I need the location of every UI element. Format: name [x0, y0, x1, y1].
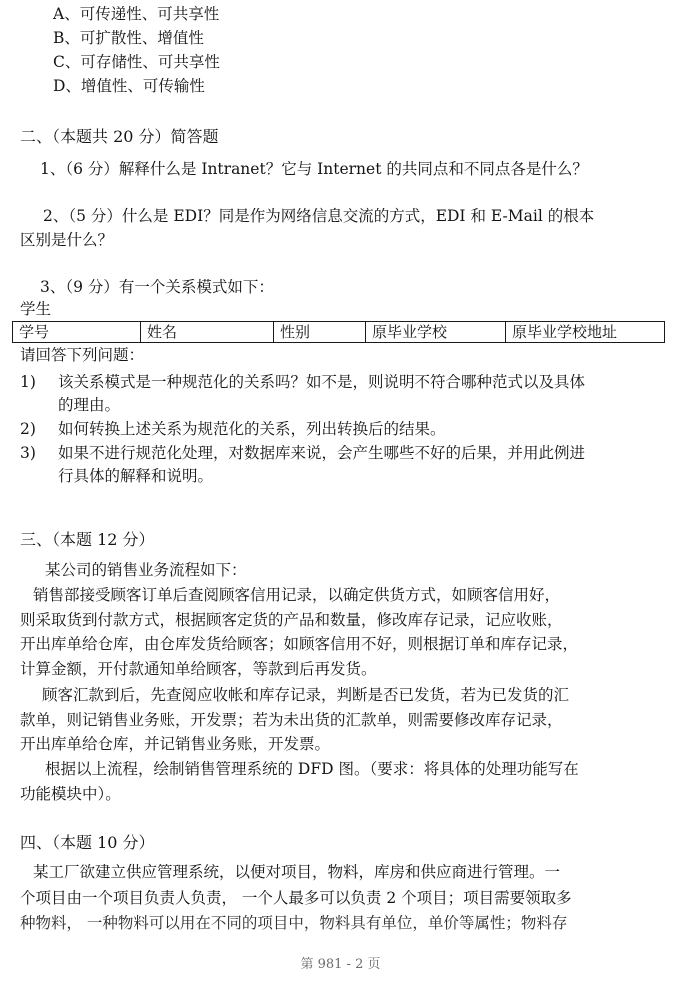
question-2-2-line-2: 区别是什么？	[20, 229, 113, 251]
subquestion-text: 该关系模式是一种规范化的关系吗？如不是，则说明不符合哪种范式以及具体	[58, 371, 585, 393]
section-3-line: 销售部接受顾客订单后查阅顾客信用记录，以确定供货方式，如顾客信用好，	[33, 584, 560, 606]
section-3-line: 根据以上流程，绘制销售管理系统的 DFD 图。（要求：将具体的处理功能写在	[45, 758, 579, 780]
page-number: 第 981 - 2 页	[0, 956, 681, 974]
section-3-line: 开出库单给仓库，由仓库发货给顾客；如顾客信用不好，则根据订单和库存记录，	[20, 633, 578, 655]
subquestion-text: 如何转换上述关系为规范化的关系，列出转换后的结果。	[58, 418, 446, 440]
section-2-heading: 二、（本题共 20 分）简答题	[20, 126, 219, 148]
section-4-line: 个项目由一个项目负责人负责， 一个人最多可以负责 2 个项目；项目需要领取多	[20, 887, 572, 909]
table-header-cell: 性别	[274, 322, 366, 342]
section-3-line: 功能模块中）。	[20, 783, 121, 805]
subquestion-text: 如果不进行规范化处理，对数据库来说，会产生哪些不好的后果，并用此例进	[58, 442, 585, 464]
subquestion-number: 2)	[20, 418, 36, 440]
section-3-line: 顾客汇款到后，先查阅应收帐和库存记录，判断是否已发货，若为已发货的汇	[42, 684, 569, 706]
subquestion-text: 的理由。	[58, 394, 120, 416]
table-header-cell: 姓名	[141, 322, 274, 342]
subquestion-number: 3)	[20, 442, 36, 464]
subquestion-text: 行具体的解释和说明。	[58, 465, 213, 487]
subquestion-1: 1) 该关系模式是一种规范化的关系吗？如不是，则说明不符合哪种范式以及具体 的理…	[20, 371, 680, 419]
option-a: A、可传递性、可共享性	[53, 3, 219, 25]
section-4-line: 某工厂欲建立供应管理系统，以便对项目，物料，库房和供应商进行管理。一	[33, 861, 560, 883]
option-b: B、可扩散性、增值性	[53, 27, 204, 49]
option-c: C、可存储性、可共享性	[53, 51, 220, 73]
answer-prompt: 请回答下列问题：	[20, 344, 144, 366]
option-d: D、增值性、可传输性	[53, 75, 205, 97]
subquestion-2: 2) 如何转换上述关系为规范化的关系，列出转换后的结果。	[20, 418, 680, 442]
section-3-heading: 三、（本题 12 分）	[20, 529, 155, 551]
section-3-line: 开出库单给仓库，并记销售业务账，开发票。	[20, 733, 330, 755]
question-2-3: 3、（9 分）有一个关系模式如下：	[40, 276, 274, 298]
section-3-line: 款单，则记销售业务账，开发票；若为未出货的汇款单，则需要修改库存记录，	[20, 709, 563, 731]
table-header-cell: 原毕业学校	[366, 322, 506, 342]
relation-schema-table: 学号 姓名 性别 原毕业学校 原毕业学校地址	[12, 321, 665, 343]
table-header-cell: 原毕业学校地址	[506, 322, 664, 342]
subquestion-3: 3) 如果不进行规范化处理，对数据库来说，会产生哪些不好的后果，并用此例进 行具…	[20, 442, 680, 490]
section-3-line: 计算金额，开付款通知单给顾客，等款到后再发货。	[20, 658, 377, 680]
subquestion-number: 1)	[20, 371, 36, 393]
question-2-2-line-1: 2、（5 分）什么是 EDI？同是作为网络信息交流的方式，EDI 和 E-Mai…	[43, 205, 594, 227]
section-3-line: 则采取货到付款方式，根据顾客定货的产品和数量，修改库存记录，记应收账，	[20, 609, 563, 631]
table-header-cell: 学号	[13, 322, 141, 342]
relation-name: 学生	[20, 298, 51, 320]
section-3-line: 某公司的销售业务流程如下：	[45, 559, 247, 581]
section-4-line: 种物料， 一种物料可以用在不同的项目中，物料具有单位，单价等属性；物料存	[20, 912, 567, 934]
question-2-1: 1、（6 分）解释什么是 Intranet？它与 Internet 的共同点和不…	[40, 158, 588, 180]
section-4-heading: 四、（本题 10 分）	[20, 832, 155, 854]
